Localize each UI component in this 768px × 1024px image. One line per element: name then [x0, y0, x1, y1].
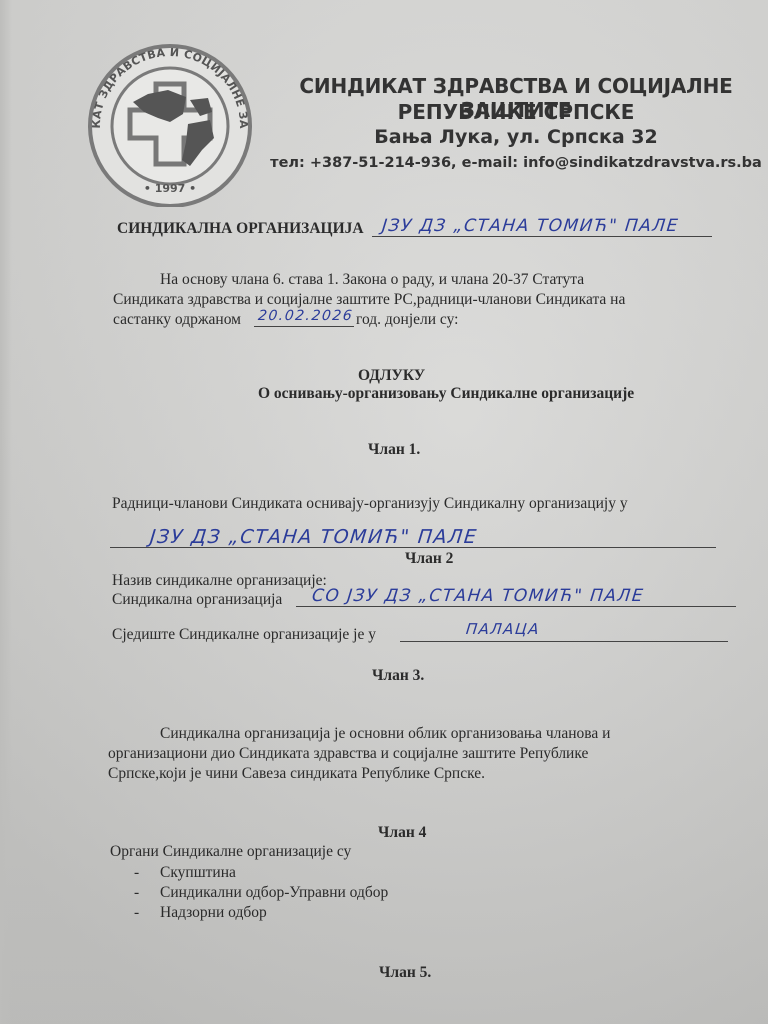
- org-underline: [372, 236, 712, 237]
- article-1-heading: Члан 1.: [368, 440, 420, 459]
- list-item: -: [134, 884, 139, 902]
- article-2-name-label: Назив синдикалне организације:: [112, 571, 327, 590]
- article-2-org-handwritten: СО ЈЗУ ДЗ „СТАНА ТОМИЋ" ПАЛЕ: [311, 586, 645, 606]
- article-3-heading: Члан 3.: [372, 666, 424, 685]
- article-2-seat-handwritten: ПАЛАЦА: [465, 620, 541, 638]
- intro-line3-before: састанку одржаном: [113, 310, 241, 329]
- date-handwritten: 20.02.2026: [257, 308, 354, 324]
- intro-line3-after: год. донјели су:: [356, 310, 458, 329]
- article-2-heading: Члан 2: [405, 549, 453, 568]
- header-title-line2: РЕПУБЛИКЕ СРПСКЕ: [268, 100, 764, 124]
- list-item: Скупштина: [160, 864, 236, 882]
- article-3-line2: организациони дио Синдиката здравства и …: [108, 744, 588, 763]
- article-5-heading: Члан 5.: [379, 963, 431, 982]
- article-4-intro: Органи Синдикалне организације су: [110, 842, 351, 861]
- article-3-line3: Српске,који је чини Савеза синдиката Реп…: [108, 764, 485, 783]
- decision-title: ОДЛУКУ: [358, 366, 425, 385]
- article-2-seat-label: Сједиште Синдикалне организације је у: [112, 625, 376, 644]
- article-3-line1: Синдикална организација је основни облик…: [160, 724, 610, 743]
- article-2-org-underline: [296, 606, 736, 607]
- date-underline: [254, 326, 354, 327]
- intro-line2: Синдиката здравства и социјалне заштите …: [113, 290, 625, 309]
- article-1-handwritten: ЈЗУ ДЗ „СТАНА ТОМИЋ" ПАЛЕ: [149, 526, 479, 548]
- article-2-org-label: Синдикална организација: [112, 590, 282, 609]
- article-4-heading: Члан 4: [378, 823, 426, 842]
- intro-line1: На основу члана 6. става 1. Закона о рад…: [160, 270, 584, 289]
- article-2-seat-underline: [400, 641, 728, 642]
- list-item: -: [134, 904, 139, 922]
- list-item: -: [134, 864, 139, 882]
- list-item: Надзорни одбор: [160, 904, 267, 922]
- header-address: Бања Лука, ул. Српска 32: [268, 126, 764, 148]
- svg-text:• 1997 •: • 1997 •: [144, 182, 196, 195]
- header-contact: тел: +387-51-214-936, e-mail: info@sindi…: [268, 155, 764, 171]
- decision-subtitle: О оснивању-организовању Синдикалне орган…: [258, 384, 634, 403]
- org-handwritten: ЈЗУ ДЗ „СТАНА ТОМИЋ" ПАЛЕ: [381, 216, 680, 236]
- paper-edge-shadow: [0, 0, 12, 1024]
- article-1-text: Радници-чланови Синдиката оснивају-орган…: [112, 494, 628, 513]
- org-label: СИНДИКАЛНА ОРГАНИЗАЦИЈА: [117, 219, 364, 238]
- list-item: Синдикални одбор-Управни одбор: [160, 884, 388, 902]
- cross-and-map-icon: СИНДИКАТ ЗДРАВСТВА И СОЦИЈАЛНЕ ЗАШТИТЕ •…: [78, 42, 268, 207]
- union-logo: СИНДИКАТ ЗДРАВСТВА И СОЦИЈАЛНЕ ЗАШТИТЕ •…: [78, 42, 268, 207]
